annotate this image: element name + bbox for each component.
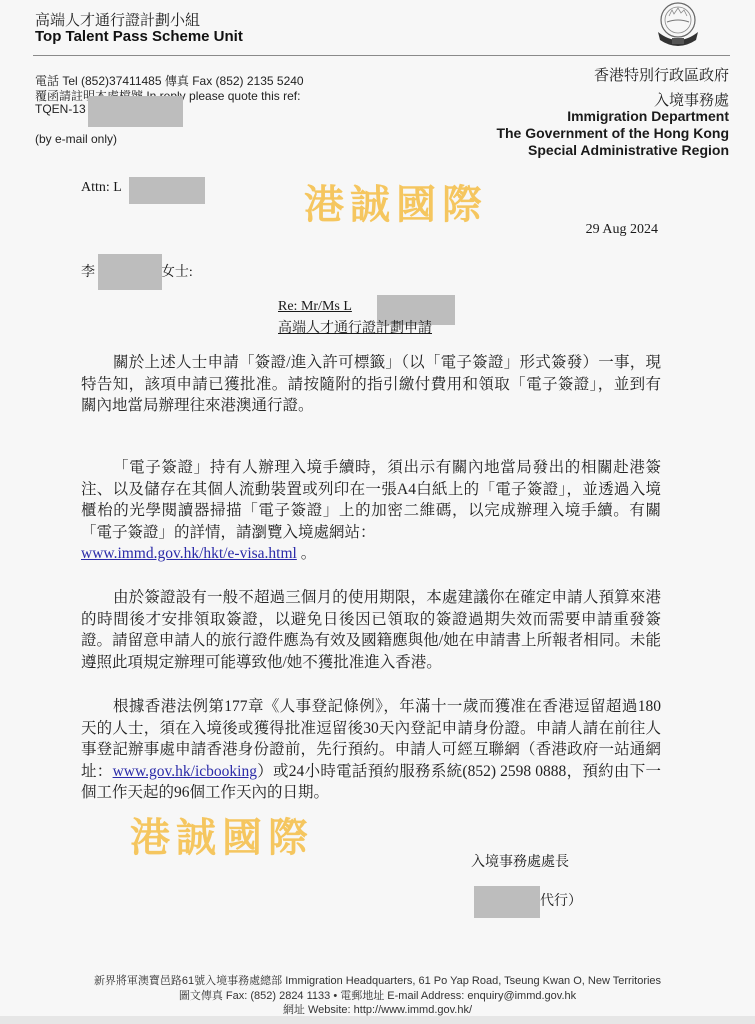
watermark-stamp-bottom: 港誠國際 bbox=[130, 806, 314, 863]
department-name-en: Immigration Department The Government of… bbox=[496, 108, 729, 159]
subject-title: 高端人才通行證計劃申請 bbox=[278, 317, 432, 337]
department-line-2: The Government of the Hong Kong bbox=[496, 125, 729, 142]
signatory-title: 入境事務處處長 bbox=[471, 851, 569, 871]
paragraph-validity: 由於簽證設有一般不超過三個月的使用期限，本處建議你在確定申請人預算來港的時間後才… bbox=[81, 587, 661, 673]
paragraph-id-registration: 根據香港法例第177章《人事登記條例》，年滿十一歲而獲准在香港逗留超過180天的… bbox=[81, 696, 661, 804]
paragraph-text: 「電子簽證」持有人辦理入境手續時，須出示有關內地當局發出的相關赴港簽注、以及儲存… bbox=[81, 459, 661, 541]
icbooking-link[interactable]: www.gov.hk/icbooking bbox=[113, 763, 257, 780]
page-bottom-edge bbox=[0, 1016, 755, 1024]
signatory-acting: 代行） bbox=[540, 890, 582, 910]
immigration-emblem-icon bbox=[652, 0, 704, 52]
department-name-zh: 入境事務處 bbox=[654, 89, 729, 110]
subject-re-line: Re: Mr/Ms L bbox=[278, 299, 352, 315]
government-name-zh: 香港特別行政區政府 bbox=[594, 64, 729, 85]
delivery-method: (by e-mail only) bbox=[35, 132, 117, 146]
salutation-surname: 李 bbox=[81, 265, 95, 280]
redaction-box-salutation bbox=[98, 254, 162, 290]
department-line-1: Immigration Department bbox=[496, 108, 729, 125]
paragraph-text-after: 。 bbox=[297, 545, 316, 562]
e-visa-link[interactable]: www.immd.gov.hk/hkt/e-visa.html bbox=[81, 545, 297, 562]
letter-date: 29 Aug 2024 bbox=[586, 222, 658, 238]
reference-number: TQEN-13 bbox=[35, 102, 86, 116]
paragraph-e-visa: 「電子簽證」持有人辦理入境手續時，須出示有關內地當局發出的相關赴港簽注、以及儲存… bbox=[81, 457, 661, 565]
department-line-3: Special Administrative Region bbox=[496, 142, 729, 159]
footer-website: 網址 Website: http://www.immd.gov.hk/ bbox=[0, 1001, 755, 1017]
attention-line: Attn: L bbox=[81, 180, 122, 196]
footer-address: 新界將軍澳寶邑路61號入境事務處總部 Immigration Headquart… bbox=[0, 972, 755, 988]
watermark-stamp-top: 港誠國際 bbox=[304, 173, 488, 230]
redaction-box-signatory bbox=[474, 886, 540, 918]
redaction-box-ref bbox=[88, 96, 183, 127]
paragraph-text-wrapper: 根據香港法例第177章《人事登記條例》，年滿十一歲而獲准在香港逗留超過180天的… bbox=[81, 696, 661, 804]
paragraph-approval: 關於上述人士申請「簽證/進入許可標籤」（以「電子簽證」形式簽發）一事，現特告知，… bbox=[81, 352, 661, 417]
unit-name-en: Top Talent Pass Scheme Unit bbox=[35, 28, 243, 45]
header-rule-left bbox=[33, 55, 495, 56]
paragraph-text: 關於上述人士申請「簽證/進入許可標籤」（以「電子簽證」形式簽發）一事，現特告知，… bbox=[81, 352, 661, 417]
paragraph-text: 由於簽證設有一般不超過三個月的使用期限，本處建議你在確定申請人預算來港的時間後才… bbox=[81, 587, 661, 673]
unit-name-zh: 高端人才通行證計劃小組 bbox=[35, 9, 200, 30]
paragraph-text-wrapper: 「電子簽證」持有人辦理入境手續時，須出示有關內地當局發出的相關赴港簽注、以及儲存… bbox=[81, 457, 661, 565]
header-rule-right bbox=[440, 55, 730, 56]
redaction-box-attn bbox=[129, 177, 205, 204]
